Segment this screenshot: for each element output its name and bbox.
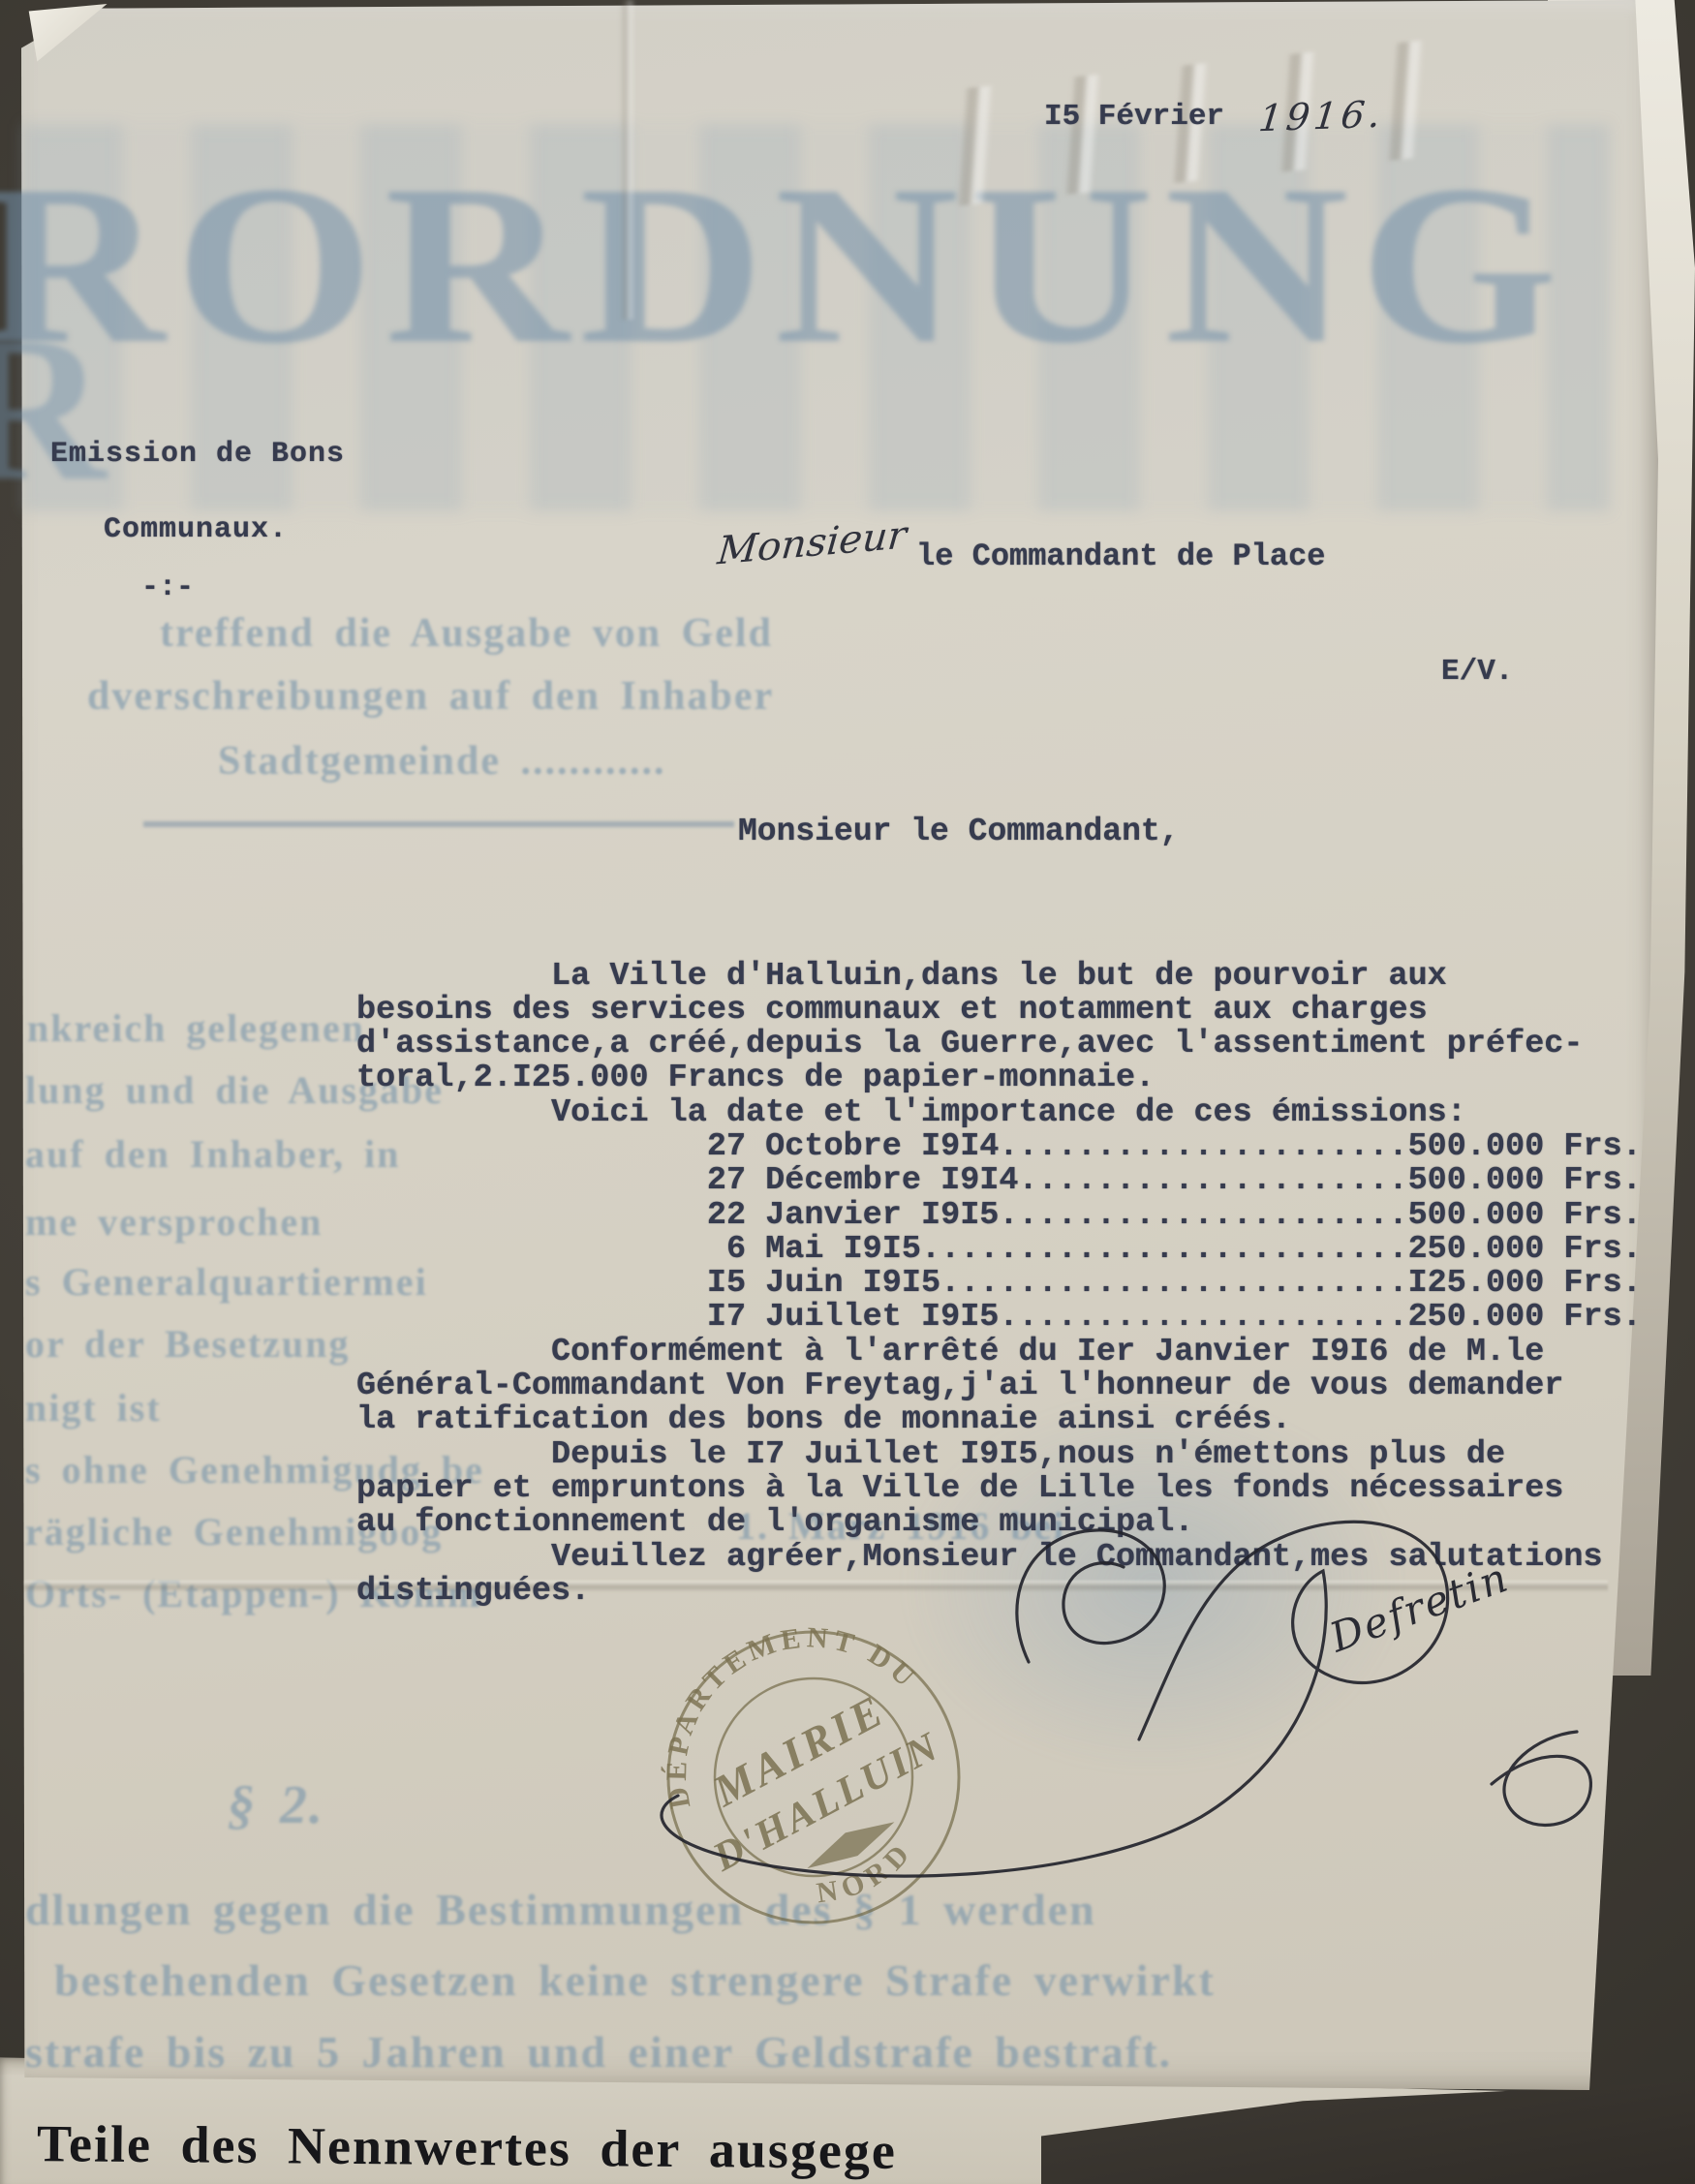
addressee-typed: le Commandant de Place (916, 538, 1325, 574)
bleedthrough-line: strafe bis zu 5 Jahren und einer Geldstr… (25, 2026, 1172, 2077)
bleedthrough-headline: RORDNUNG (0, 134, 1569, 395)
date-year-handwritten: 1916. (1256, 93, 1386, 139)
bleedthrough-line: or der Besetzung (25, 1321, 350, 1367)
bleedthrough-line: dverschreibungen auf den Inhaber (87, 673, 774, 720)
bleedthrough-letter-fragment: R (0, 289, 108, 529)
bottom-sheet-text: Teile des Nennwertes der ausgege (37, 2113, 897, 2181)
bleedthrough-line: nkreich gelegenen (27, 1005, 365, 1051)
reference-divider: -:- (141, 571, 194, 604)
reference-line-1: Emission de Bons (50, 438, 345, 471)
salutation: Monsieur le Commandant, (738, 814, 1179, 849)
bleedthrough-line: bestehenden Gesetzen keine strengere Str… (54, 1954, 1216, 2006)
photographed-letter-scene: Teile des Nennwertes der ausgege RORDNUN… (0, 0, 1695, 2184)
signature-flourish-2 (662, 1522, 1448, 1876)
bleedthrough-line: Stadtgemeinde ............ (218, 738, 666, 784)
bleedthrough-section-mark: § 2. (228, 1774, 324, 1836)
bleedthrough-rule (143, 821, 734, 827)
signature-flourish-1 (1017, 1530, 1164, 1662)
signature-name: Defretin (1323, 1553, 1515, 1662)
reference-line-2: Communaux. (104, 513, 288, 546)
date-line-typed: I5 Février (1044, 100, 1224, 134)
bleedthrough-line: me versprochen (25, 1199, 323, 1245)
delivery-note: E/V. (1441, 655, 1513, 689)
bleedthrough-line: nigt ist (25, 1385, 162, 1430)
bleedthrough-line: treffend die Ausgabe von Geld (160, 610, 773, 657)
signature: Defretin (581, 1492, 1695, 1918)
vertical-crease (620, 0, 635, 320)
bleedthrough-line: auf den Inhaber, in (25, 1131, 400, 1177)
signature-flourish-3 (1492, 1732, 1590, 1825)
